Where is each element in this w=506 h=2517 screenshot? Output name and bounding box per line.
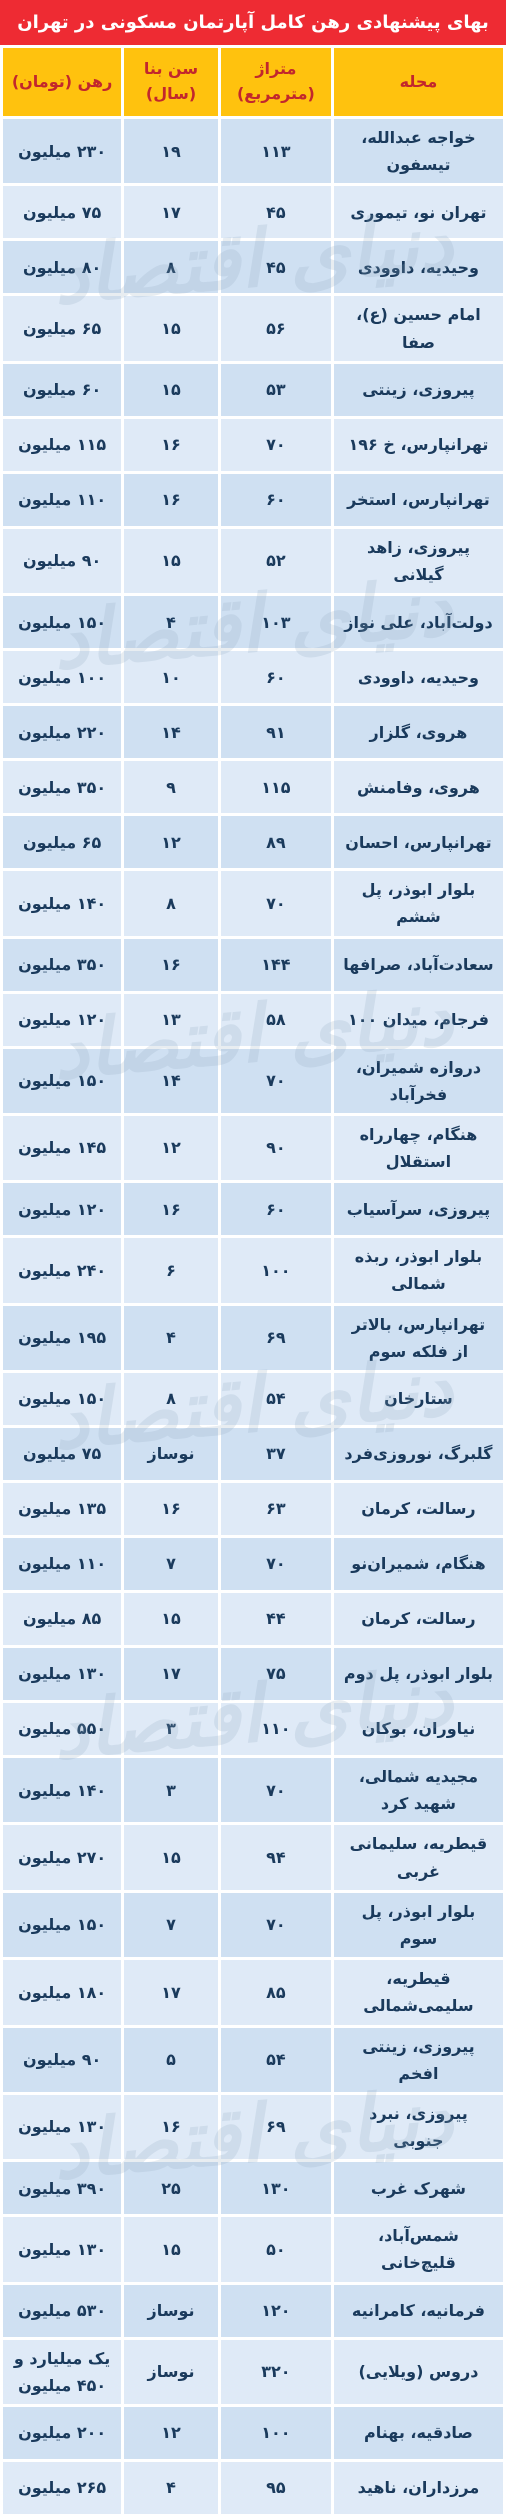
rent-cell: ۳۵۰ میلیون (3, 939, 121, 991)
page-title: بهای پیشنهادی رهن کامل آپارتمان مسکونی د… (17, 12, 489, 33)
age-cell: ۱۵ (124, 2217, 218, 2281)
neighborhood-cell: بلوار ابوذر، ربذه شمالی (334, 1238, 503, 1302)
table-row: تهرانپارس، استخر ۶۰ ۱۶ ۱۱۰ میلیون (3, 474, 503, 526)
rent-cell: ۱۸۰ میلیون (3, 1960, 121, 2024)
column-header-neighborhood: محله (334, 48, 503, 116)
age-cell: ۳ (124, 1758, 218, 1822)
age-cell: ۱۰ (124, 651, 218, 703)
age-cell: ۸ (124, 871, 218, 935)
table-row: هنگام، چهارراه استقلال ۹۰ ۱۲ ۱۴۵ میلیون (3, 1116, 503, 1180)
rent-cell: ۲۶۵ میلیون (3, 2462, 121, 2514)
table-row: قیطریه، سلیمانی غربی ۹۴ ۱۵ ۲۷۰ میلیون (3, 1825, 503, 1889)
neighborhood-cell: بلوار ابوذر، پل سوم (334, 1893, 503, 1957)
neighborhood-cell: هروی، گلزار (334, 706, 503, 758)
table-row: امام حسین (ع)، صفا ۵۶ ۱۵ ۶۵ میلیون (3, 296, 503, 360)
age-cell: ۱۵ (124, 1825, 218, 1889)
table-row: رسالت، کرمان ۶۳ ۱۶ ۱۳۵ میلیون (3, 1483, 503, 1535)
table-row: بلوار ابوذر، پل دوم ۷۵ ۱۷ ۱۳۰ میلیون (3, 1648, 503, 1700)
rent-cell: ۶۵ میلیون (3, 816, 121, 868)
neighborhood-cell: هنگام، چهارراه استقلال (334, 1116, 503, 1180)
table-title-bar: بهای پیشنهادی رهن کامل آپارتمان مسکونی د… (0, 0, 506, 45)
neighborhood-cell: ستارخان (334, 1373, 503, 1425)
area-cell: ۶۳ (221, 1483, 331, 1535)
column-header-age: سن بنا (سال) (124, 48, 218, 116)
neighborhood-cell: مجیدیه شمالی، شهید کرد (334, 1758, 503, 1822)
rent-cell: ۶۵ میلیون (3, 296, 121, 360)
age-cell: ۵ (124, 2028, 218, 2092)
neighborhood-cell: تهرانپارس، احسان (334, 816, 503, 868)
neighborhood-cell: قیطریه، سلیمی‌شمالی (334, 1960, 503, 2024)
neighborhood-cell: دروس (ویلایی) (334, 2340, 503, 2404)
table-row: تهرانپارس، احسان ۸۹ ۱۲ ۶۵ میلیون (3, 816, 503, 868)
rent-cell: ۱۹۵ میلیون (3, 1306, 121, 1370)
rent-cell: ۹۰ میلیون (3, 529, 121, 593)
neighborhood-cell: تهرانپارس، استخر (334, 474, 503, 526)
age-cell: ۱۵ (124, 1593, 218, 1645)
rent-cell: ۷۵ میلیون (3, 186, 121, 238)
area-cell: ۷۰ (221, 419, 331, 471)
table-row: هنگام، شمیران‌نو ۷۰ ۷ ۱۱۰ میلیون (3, 1538, 503, 1590)
area-cell: ۵۸ (221, 994, 331, 1046)
rent-cell: ۱۱۰ میلیون (3, 474, 121, 526)
table-row: مجیدیه شمالی، شهید کرد ۷۰ ۳ ۱۴۰ میلیون (3, 1758, 503, 1822)
table-row: پیروزی، نبرد جنوبی ۶۹ ۱۶ ۱۳۰ میلیون (3, 2095, 503, 2159)
age-cell: ۱۲ (124, 2407, 218, 2459)
area-cell: ۸۵ (221, 1960, 331, 2024)
age-cell: ۱۶ (124, 1483, 218, 1535)
table-row: دولت‌آباد، علی نواز ۱۰۳ ۴ ۱۵۰ میلیون (3, 596, 503, 648)
table-row: تهرانپارس، خ ۱۹۶ ۷۰ ۱۶ ۱۱۵ میلیون (3, 419, 503, 471)
rent-price-table: محله متراژ (مترمربع) سن بنا (سال) رهن (ت… (0, 45, 506, 2517)
table-row: هروی، وفامنش ۱۱۵ ۹ ۳۵۰ میلیون (3, 761, 503, 813)
area-cell: ۴۴ (221, 1593, 331, 1645)
neighborhood-cell: رسالت، کرمان (334, 1593, 503, 1645)
area-cell: ۹۵ (221, 2462, 331, 2514)
area-cell: ۳۷ (221, 1428, 331, 1480)
age-cell: نوساز (124, 2340, 218, 2404)
table-row: وحیدیه، داوودی ۴۵ ۸ ۸۰ میلیون (3, 241, 503, 293)
table-header: محله متراژ (مترمربع) سن بنا (سال) رهن (ت… (3, 48, 503, 116)
neighborhood-cell: گلبرگ، نوروزی‌فرد (334, 1428, 503, 1480)
area-cell: ۱۰۰ (221, 2407, 331, 2459)
rent-cell: ۱۰۰ میلیون (3, 651, 121, 703)
age-cell: ۱۵ (124, 364, 218, 416)
area-cell: ۸۹ (221, 816, 331, 868)
table-row: وحیدیه، داوودی ۶۰ ۱۰ ۱۰۰ میلیون (3, 651, 503, 703)
table-row: بلوار ابوذر، ربذه شمالی ۱۰۰ ۶ ۲۴۰ میلیون (3, 1238, 503, 1302)
age-cell: ۱۷ (124, 186, 218, 238)
area-cell: ۶۹ (221, 1306, 331, 1370)
table-row: بلوار ابوذر، پل سوم ۷۰ ۷ ۱۵۰ میلیون (3, 1893, 503, 1957)
neighborhood-cell: پیروزی، نبرد جنوبی (334, 2095, 503, 2159)
age-cell: نوساز (124, 2285, 218, 2337)
rent-cell: ۲۴۰ میلیون (3, 1238, 121, 1302)
area-cell: ۷۵ (221, 1648, 331, 1700)
neighborhood-cell: هنگام، شمیران‌نو (334, 1538, 503, 1590)
table-row: خواجه عبدالله، تیسفون ۱۱۳ ۱۹ ۲۳۰ میلیون (3, 119, 503, 183)
rent-cell: ۲۰۰ میلیون (3, 2407, 121, 2459)
neighborhood-cell: وحیدیه، داوودی (334, 651, 503, 703)
area-cell: ۵۲ (221, 529, 331, 593)
area-cell: ۳۲۰ (221, 2340, 331, 2404)
neighborhood-cell: شمس‌آباد، قلیچ‌خانی (334, 2217, 503, 2281)
area-cell: ۵۳ (221, 364, 331, 416)
neighborhood-cell: امام حسین (ع)، صفا (334, 296, 503, 360)
table-row: دروس (ویلایی) ۳۲۰ نوساز یک میلیارد و ۴۵۰… (3, 2340, 503, 2404)
rent-cell: ۹۰ میلیون (3, 2028, 121, 2092)
age-cell: ۱۵ (124, 529, 218, 593)
area-cell: ۱۱۵ (221, 761, 331, 813)
neighborhood-cell: نیاوران، بوکان (334, 1703, 503, 1755)
rent-price-infographic: بهای پیشنهادی رهن کامل آپارتمان مسکونی د… (0, 0, 506, 2517)
rent-cell: ۲۳۰ میلیون (3, 119, 121, 183)
neighborhood-cell: رسالت، کرمان (334, 1483, 503, 1535)
neighborhood-cell: پیروزی، زینتی (334, 364, 503, 416)
area-cell: ۹۴ (221, 1825, 331, 1889)
age-cell: ۱۳ (124, 994, 218, 1046)
neighborhood-cell: پیروزی، زاهد گیلانی (334, 529, 503, 593)
rent-cell: ۳۵۰ میلیون (3, 761, 121, 813)
neighborhood-cell: خواجه عبدالله، تیسفون (334, 119, 503, 183)
rent-cell: ۱۳۰ میلیون (3, 2217, 121, 2281)
neighborhood-cell: تهرانپارس، خ ۱۹۶ (334, 419, 503, 471)
area-cell: ۶۹ (221, 2095, 331, 2159)
age-cell: ۱۶ (124, 939, 218, 991)
rent-cell: ۱۲۰ میلیون (3, 994, 121, 1046)
rent-cell: ۲۷۰ میلیون (3, 1825, 121, 1889)
table-body: خواجه عبدالله، تیسفون ۱۱۳ ۱۹ ۲۳۰ میلیون … (3, 119, 503, 2514)
age-cell: ۴ (124, 596, 218, 648)
age-cell: ۱۲ (124, 816, 218, 868)
neighborhood-cell: بلوار ابوذر، پل دوم (334, 1648, 503, 1700)
age-cell: ۹ (124, 761, 218, 813)
table-row: تهران نو، تیموری ۴۵ ۱۷ ۷۵ میلیون (3, 186, 503, 238)
age-cell: ۱۶ (124, 419, 218, 471)
table-row: نیاوران، بوکان ۱۱۰ ۳ ۵۵۰ میلیون (3, 1703, 503, 1755)
table-row: بلوار ابوذر، پل ششم ۷۰ ۸ ۱۴۰ میلیون (3, 871, 503, 935)
rent-cell: ۱۵۰ میلیون (3, 1049, 121, 1113)
area-cell: ۱۱۳ (221, 119, 331, 183)
neighborhood-cell: قیطریه، سلیمانی غربی (334, 1825, 503, 1889)
age-cell: ۶ (124, 1238, 218, 1302)
table-row: مرزداران، ناهید ۹۵ ۴ ۲۶۵ میلیون (3, 2462, 503, 2514)
table-row: فرجام، میدان ۱۰۰ ۵۸ ۱۳ ۱۲۰ میلیون (3, 994, 503, 1046)
age-cell: ۸ (124, 241, 218, 293)
rent-cell: ۱۴۵ میلیون (3, 1116, 121, 1180)
column-header-rent: رهن (تومان) (3, 48, 121, 116)
table-row: قیطریه، سلیمی‌شمالی ۸۵ ۱۷ ۱۸۰ میلیون (3, 1960, 503, 2024)
age-cell: ۱۷ (124, 1960, 218, 2024)
age-cell: ۱۴ (124, 706, 218, 758)
neighborhood-cell: پیروزی، سرآسیاب (334, 1183, 503, 1235)
area-cell: ۴۵ (221, 241, 331, 293)
rent-cell: ۲۲۰ میلیون (3, 706, 121, 758)
area-cell: ۱۰۳ (221, 596, 331, 648)
age-cell: ۴ (124, 2462, 218, 2514)
age-cell: ۷ (124, 1538, 218, 1590)
rent-cell: ۱۴۰ میلیون (3, 1758, 121, 1822)
rent-cell: ۱۳۵ میلیون (3, 1483, 121, 1535)
rent-cell: ۱۵۰ میلیون (3, 1893, 121, 1957)
area-cell: ۶۰ (221, 651, 331, 703)
age-cell: ۱۲ (124, 1116, 218, 1180)
neighborhood-cell: سعادت‌آباد، صرافها (334, 939, 503, 991)
age-cell: ۱۵ (124, 296, 218, 360)
area-cell: ۶۰ (221, 474, 331, 526)
area-cell: ۷۰ (221, 1538, 331, 1590)
table-row: دروازه شمیران، فخرآباد ۷۰ ۱۴ ۱۵۰ میلیون (3, 1049, 503, 1113)
table-row: فرمانیه، کامرانیه ۱۲۰ نوساز ۵۳۰ میلیون (3, 2285, 503, 2337)
neighborhood-cell: صادقیه، بهنام (334, 2407, 503, 2459)
neighborhood-cell: فرجام، میدان ۱۰۰ (334, 994, 503, 1046)
rent-cell: ۱۳۰ میلیون (3, 2095, 121, 2159)
area-cell: ۷۰ (221, 871, 331, 935)
rent-cell: ۸۵ میلیون (3, 1593, 121, 1645)
table-row: ستارخان ۵۴ ۸ ۱۵۰ میلیون (3, 1373, 503, 1425)
table-row: پیروزی، زینتی افخم ۵۴ ۵ ۹۰ میلیون (3, 2028, 503, 2092)
column-header-area: متراژ (مترمربع) (221, 48, 331, 116)
neighborhood-cell: شهرک غرب (334, 2162, 503, 2214)
age-cell: ۱۷ (124, 1648, 218, 1700)
age-cell: ۲۵ (124, 2162, 218, 2214)
area-cell: ۴۵ (221, 186, 331, 238)
header-row: محله متراژ (مترمربع) سن بنا (سال) رهن (ت… (3, 48, 503, 116)
neighborhood-cell: بلوار ابوذر، پل ششم (334, 871, 503, 935)
area-cell: ۹۱ (221, 706, 331, 758)
area-cell: ۵۰ (221, 2217, 331, 2281)
area-cell: ۷۰ (221, 1758, 331, 1822)
table-row: گلبرگ، نوروزی‌فرد ۳۷ نوساز ۷۵ میلیون (3, 1428, 503, 1480)
age-cell: ۱۴ (124, 1049, 218, 1113)
area-cell: ۱۴۴ (221, 939, 331, 991)
rent-cell: ۵۳۰ میلیون (3, 2285, 121, 2337)
neighborhood-cell: پیروزی، زینتی افخم (334, 2028, 503, 2092)
rent-cell: ۱۲۰ میلیون (3, 1183, 121, 1235)
rent-cell: ۵۵۰ میلیون (3, 1703, 121, 1755)
rent-cell: ۸۰ میلیون (3, 241, 121, 293)
rent-cell: ۶۰ میلیون (3, 364, 121, 416)
rent-cell: ۱۱۵ میلیون (3, 419, 121, 471)
age-cell: ۱۹ (124, 119, 218, 183)
age-cell: ۱۶ (124, 1183, 218, 1235)
rent-cell: ۷۵ میلیون (3, 1428, 121, 1480)
rent-cell: ۱۳۰ میلیون (3, 1648, 121, 1700)
neighborhood-cell: تهران نو، تیموری (334, 186, 503, 238)
table-row: هروی، گلزار ۹۱ ۱۴ ۲۲۰ میلیون (3, 706, 503, 758)
age-cell: ۱۶ (124, 474, 218, 526)
age-cell: ۱۶ (124, 2095, 218, 2159)
rent-cell: ۱۵۰ میلیون (3, 596, 121, 648)
rent-cell: ۳۹۰ میلیون (3, 2162, 121, 2214)
neighborhood-cell: دروازه شمیران، فخرآباد (334, 1049, 503, 1113)
neighborhood-cell: هروی، وفامنش (334, 761, 503, 813)
neighborhood-cell: تهرانپارس، بالاتر از فلکه سوم (334, 1306, 503, 1370)
table-row: تهرانپارس، بالاتر از فلکه سوم ۶۹ ۴ ۱۹۵ م… (3, 1306, 503, 1370)
neighborhood-cell: وحیدیه، داوودی (334, 241, 503, 293)
area-cell: ۵۴ (221, 2028, 331, 2092)
neighborhood-cell: دولت‌آباد، علی نواز (334, 596, 503, 648)
age-cell: ۴ (124, 1306, 218, 1370)
neighborhood-cell: فرمانیه، کامرانیه (334, 2285, 503, 2337)
table-row: رسالت، کرمان ۴۴ ۱۵ ۸۵ میلیون (3, 1593, 503, 1645)
age-cell: ۸ (124, 1373, 218, 1425)
rent-cell: ۱۴۰ میلیون (3, 871, 121, 935)
age-cell: ۳ (124, 1703, 218, 1755)
area-cell: ۱۰۰ (221, 1238, 331, 1302)
table-row: پیروزی، سرآسیاب ۶۰ ۱۶ ۱۲۰ میلیون (3, 1183, 503, 1235)
age-cell: ۷ (124, 1893, 218, 1957)
rent-cell: ۱۵۰ میلیون (3, 1373, 121, 1425)
rent-cell: یک میلیارد و ۴۵۰ میلیون (3, 2340, 121, 2404)
area-cell: ۵۴ (221, 1373, 331, 1425)
area-cell: ۹۰ (221, 1116, 331, 1180)
table-row: پیروزی، زاهد گیلانی ۵۲ ۱۵ ۹۰ میلیون (3, 529, 503, 593)
table-row: شمس‌آباد، قلیچ‌خانی ۵۰ ۱۵ ۱۳۰ میلیون (3, 2217, 503, 2281)
area-cell: ۷۰ (221, 1893, 331, 1957)
rent-cell: ۱۱۰ میلیون (3, 1538, 121, 1590)
area-cell: ۷۰ (221, 1049, 331, 1113)
neighborhood-cell: مرزداران، ناهید (334, 2462, 503, 2514)
area-cell: ۵۶ (221, 296, 331, 360)
area-cell: ۱۳۰ (221, 2162, 331, 2214)
table-row: پیروزی، زینتی ۵۳ ۱۵ ۶۰ میلیون (3, 364, 503, 416)
area-cell: ۱۱۰ (221, 1703, 331, 1755)
table-row: صادقیه، بهنام ۱۰۰ ۱۲ ۲۰۰ میلیون (3, 2407, 503, 2459)
area-cell: ۱۲۰ (221, 2285, 331, 2337)
age-cell: نوساز (124, 1428, 218, 1480)
table-row: سعادت‌آباد، صرافها ۱۴۴ ۱۶ ۳۵۰ میلیون (3, 939, 503, 991)
table-row: شهرک غرب ۱۳۰ ۲۵ ۳۹۰ میلیون (3, 2162, 503, 2214)
area-cell: ۶۰ (221, 1183, 331, 1235)
